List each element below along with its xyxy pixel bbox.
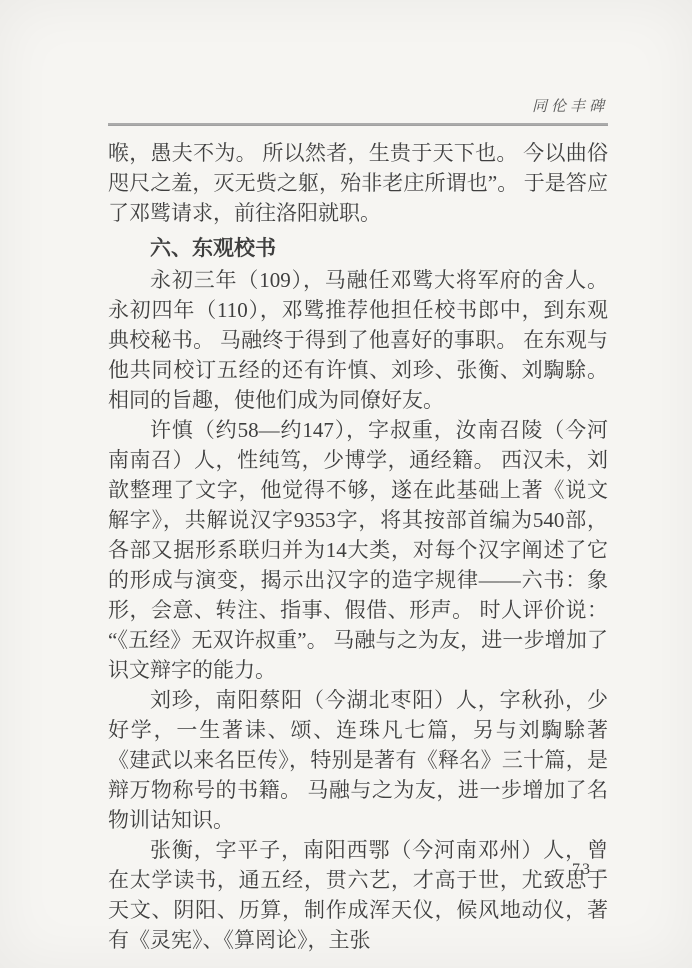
page-number: – 73 –	[556, 861, 608, 879]
page-content: 同伦丰碑 喉，愚夫不为。 所以然者，生贵于天下也。 今以曲俗咫尺之羞，灭无赀之躯…	[108, 96, 608, 955]
body-paragraph: 许慎（约58—约147），字叔重，汝南召陵（今河南南召）人，性纯笃，少博学，通经…	[108, 415, 608, 685]
body-paragraph-continuation: 喉，愚夫不为。 所以然者，生贵于天下也。 今以曲俗咫尺之羞，灭无赀之躯，殆非老庄…	[108, 138, 608, 228]
section-heading: 六、东观校书	[108, 233, 608, 263]
book-page-scan: 同伦丰碑 喉，愚夫不为。 所以然者，生贵于天下也。 今以曲俗咫尺之羞，灭无赀之躯…	[0, 0, 692, 968]
body-paragraph: 张衡，字平子，南阳西鄂（今河南邓州）人，曾在太学读书，通五经，贯六艺，才高于世，…	[108, 835, 608, 955]
running-title: 同伦丰碑	[108, 96, 608, 118]
body-paragraph: 刘珍，南阳蔡阳（今湖北枣阳）人，字秋孙，少好学，一生著诔、颂、连珠凡七篇，另与刘…	[108, 685, 608, 835]
body-text-block: 喉，愚夫不为。 所以然者，生贵于天下也。 今以曲俗咫尺之羞，灭无赀之躯，殆非老庄…	[108, 138, 608, 955]
body-paragraph: 永初三年（109），马融任邓骘大将军府的舍人。 永初四年（110），邓骘推荐他担…	[108, 265, 608, 415]
header-rule	[108, 123, 608, 126]
